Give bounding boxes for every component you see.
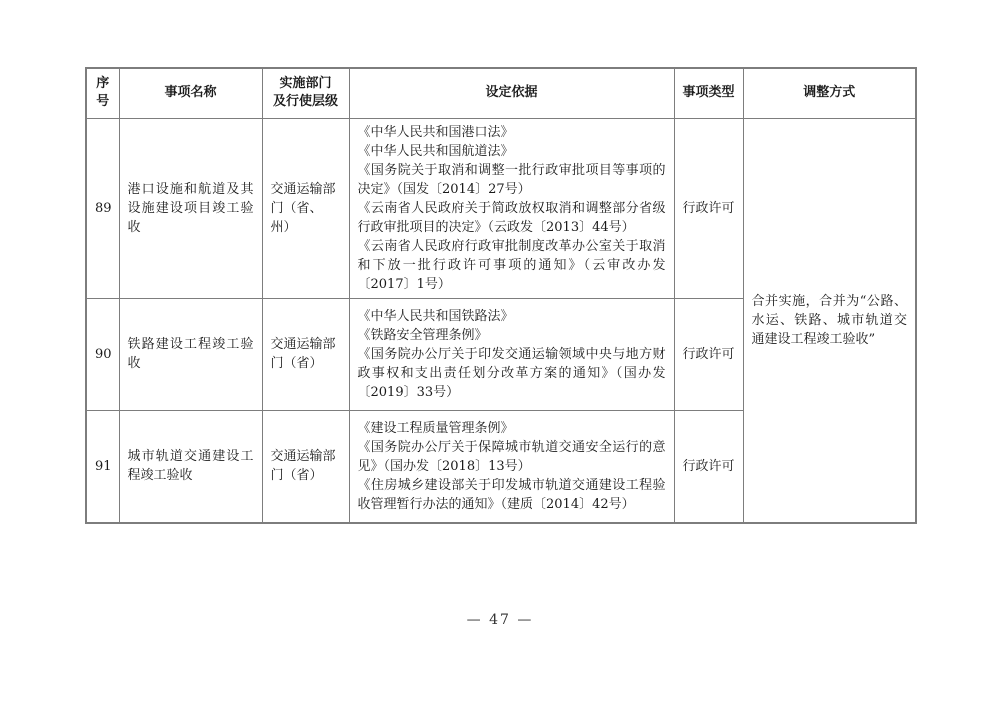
table-header-row: 序 号 事项名称 实施部门 及行使层级 设定依据 事项类型 调整方式 xyxy=(86,68,916,118)
basis-entry: 《中华人民共和国航道法》 xyxy=(358,142,666,161)
header-item-name: 事项名称 xyxy=(119,68,262,118)
cell-serial-number: 91 xyxy=(86,410,119,523)
cell-serial-number: 90 xyxy=(86,298,119,410)
basis-entry: 《云南省人民政府关于简政放权取消和调整部分省级行政审批项目的决定》（云政发〔20… xyxy=(358,199,666,237)
basis-entry: 《国务院办公厅关于保障城市轨道交通安全运行的意见》（国办发〔2018〕13号） xyxy=(358,438,666,476)
cell-item-type: 行政许可 xyxy=(674,298,743,410)
cell-item-name: 城市轨道交通建设工程竣工验收 xyxy=(119,410,262,523)
basis-entry: 《建设工程质量管理条例》 xyxy=(358,419,666,438)
basis-entry: 《国务院办公厅关于印发交通运输领域中央与地方财政事权和支出责任划分改革方案的通知… xyxy=(358,345,666,402)
cell-adjustment-method-merged: 合并实施，合并为“公路、水运、铁路、城市轨道交通建设工程竣工验收” xyxy=(743,118,916,523)
cell-department: 交通运输部门（省、州） xyxy=(262,118,349,298)
cell-setting-basis: 《中华人民共和国铁路法》 《铁路安全管理条例》 《国务院办公厅关于印发交通运输领… xyxy=(349,298,674,410)
cell-item-name: 港口设施和航道及其设施建设项目竣工验收 xyxy=(119,118,262,298)
approval-items-table: 序 号 事项名称 实施部门 及行使层级 设定依据 事项类型 调整方式 89 港口… xyxy=(85,67,917,524)
basis-entry: 《云南省人民政府行政审批制度改革办公室关于取消和下放一批行政许可事项的通知》（云… xyxy=(358,237,666,294)
header-department: 实施部门 及行使层级 xyxy=(262,68,349,118)
basis-entry: 《住房城乡建设部关于印发城市轨道交通建设工程验收管理暂行办法的通知》（建质〔20… xyxy=(358,476,666,514)
header-serial-number: 序 号 xyxy=(86,68,119,118)
basis-entry: 《中华人民共和国铁路法》 xyxy=(358,307,666,326)
basis-entry: 《铁路安全管理条例》 xyxy=(358,326,666,345)
cell-item-type: 行政许可 xyxy=(674,410,743,523)
table-row: 89 港口设施和航道及其设施建设项目竣工验收 交通运输部门（省、州） 《中华人民… xyxy=(86,118,916,298)
cell-setting-basis: 《建设工程质量管理条例》 《国务院办公厅关于保障城市轨道交通安全运行的意见》（国… xyxy=(349,410,674,523)
cell-item-name: 铁路建设工程竣工验收 xyxy=(119,298,262,410)
cell-department: 交通运输部门（省） xyxy=(262,410,349,523)
document-page: 序 号 事项名称 实施部门 及行使层级 设定依据 事项类型 调整方式 89 港口… xyxy=(0,0,1000,707)
header-setting-basis: 设定依据 xyxy=(349,68,674,118)
header-adjustment-method: 调整方式 xyxy=(743,68,916,118)
basis-entry: 《国务院关于取消和调整一批行政审批项目等事项的决定》（国发〔2014〕27号） xyxy=(358,161,666,199)
basis-entry: 《中华人民共和国港口法》 xyxy=(358,123,666,142)
cell-setting-basis: 《中华人民共和国港口法》 《中华人民共和国航道法》 《国务院关于取消和调整一批行… xyxy=(349,118,674,298)
cell-department: 交通运输部门（省） xyxy=(262,298,349,410)
header-item-type: 事项类型 xyxy=(674,68,743,118)
cell-item-type: 行政许可 xyxy=(674,118,743,298)
cell-serial-number: 89 xyxy=(86,118,119,298)
page-number: — 47 — xyxy=(0,612,1000,628)
